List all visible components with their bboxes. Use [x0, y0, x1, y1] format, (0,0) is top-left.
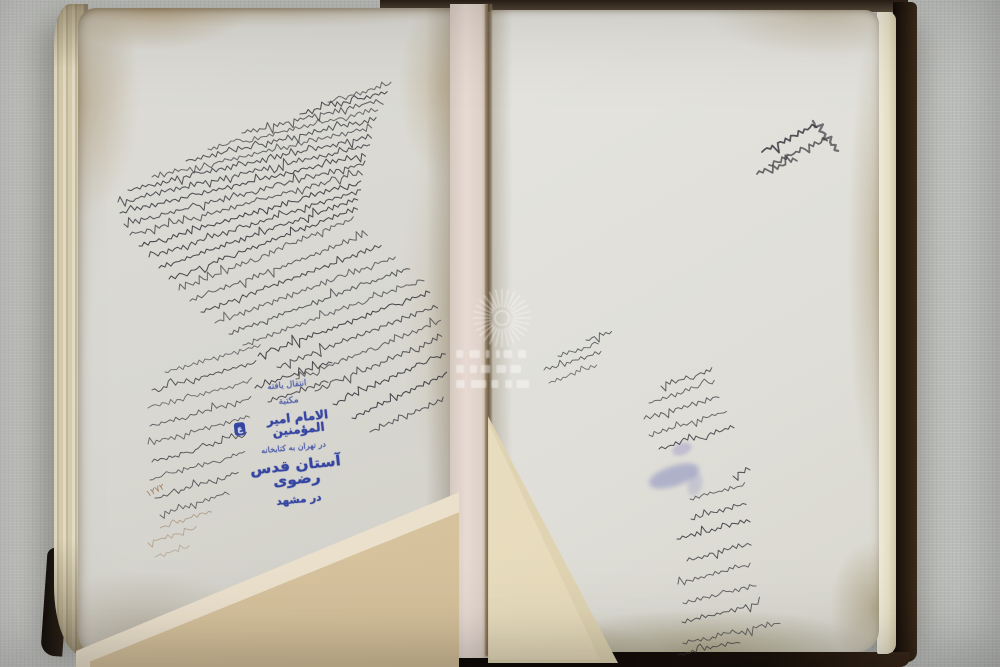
photo-vignette: [0, 0, 1000, 667]
manuscript-photo: ١٢٧٢ انتقال یافته مكتبة الامام امير المؤ…: [0, 0, 1000, 667]
